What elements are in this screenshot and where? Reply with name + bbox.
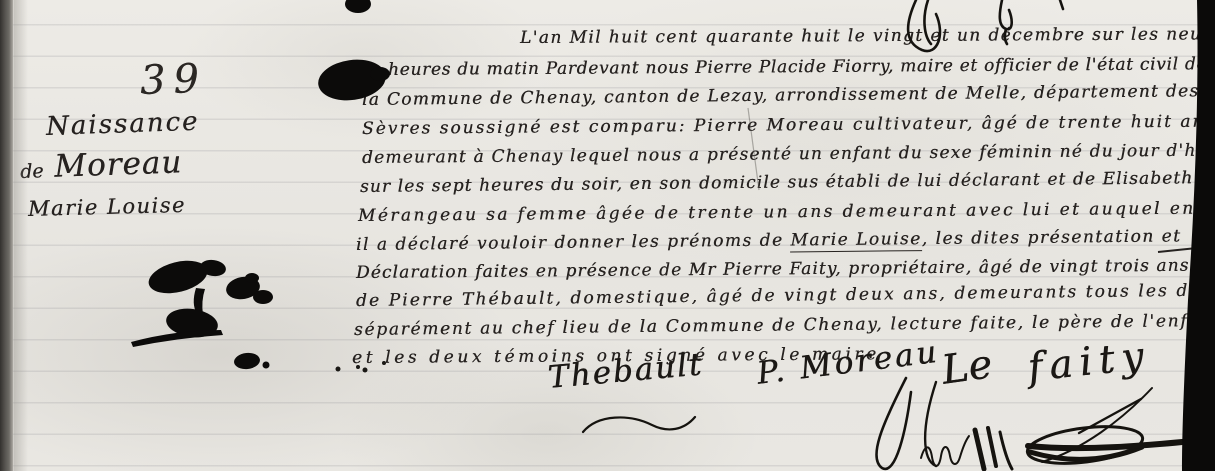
act-number: 39	[139, 56, 207, 104]
scan-edge-left	[0, 0, 14, 471]
scanned-birth-record: 39 Naissance de Moreau Marie Louise L'an…	[0, 0, 1215, 471]
margin-surname-line: de Moreau	[19, 144, 182, 186]
body-line: L'an Mil huit cent quarante huit le ving…	[520, 24, 1210, 48]
body-line-8-post: , les dites présentation et	[922, 226, 1182, 249]
margin-act-title: Naissance	[45, 107, 199, 142]
signature-le: Le	[939, 341, 995, 394]
margin-given-names: Marie Louise	[28, 193, 186, 221]
child-name-underlined: Marie Louise	[790, 229, 921, 252]
scan-edge-shadow	[14, 0, 28, 471]
margin-surname: Moreau	[54, 144, 183, 184]
